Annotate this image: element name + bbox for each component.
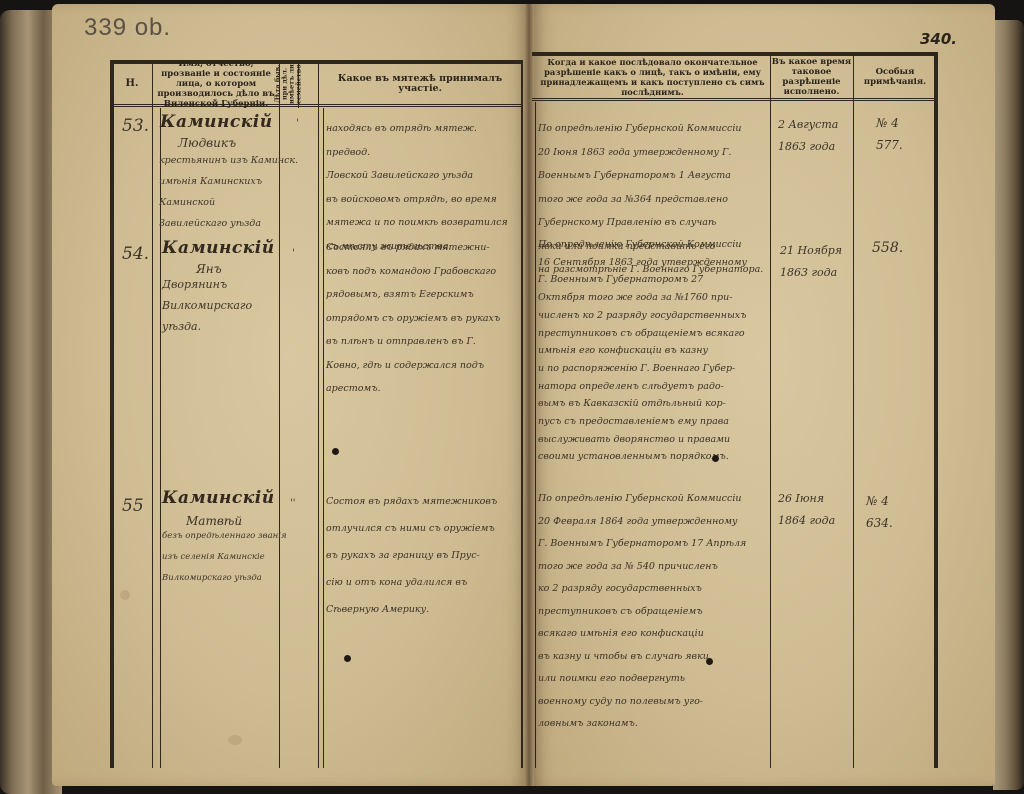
folio-number-right: 340. — [920, 30, 957, 48]
text-line: 20 Февраля 1864 года утвержденному — [538, 511, 770, 534]
text-line: Г. Военнымъ Губернаторомъ 27 — [538, 271, 770, 289]
header-age: Лѣта быв. при дѣл. имѣетъ ли семейство — [280, 64, 297, 104]
text-line: 2 Августа — [778, 114, 838, 136]
person-surname: Каминскій — [162, 238, 275, 258]
text-line: преступниковъ съ обращеніемъ всякаго — [538, 325, 770, 343]
status-line: Каминской — [159, 192, 298, 213]
text-line: По опредѣленію Губернской Коммиссіи — [538, 488, 770, 511]
text-line: того же года за № 540 причисленъ — [538, 556, 770, 579]
executed-date: 26 Іюня 1864 года — [778, 488, 835, 532]
text-line: 1863 года — [780, 262, 842, 284]
text-line: мятежа и по поимкѣ возвратился — [326, 211, 522, 235]
text-line: всякаго имѣнія его конфискаціи — [538, 623, 770, 646]
age-mark: '' — [290, 498, 296, 509]
binding-hole — [344, 655, 351, 662]
status-line: имѣнія Каминскихъ — [159, 171, 298, 192]
status-line: Вилкомирскаго — [162, 295, 252, 316]
text-line: отлучился съ ними съ оружіемъ — [326, 515, 522, 542]
text-line: натора определенъ слѣдуетъ радо- — [538, 378, 770, 396]
text-line: въ плѣнъ и отправленъ въ Г. — [326, 330, 522, 354]
executed-date: 2 Августа 1863 года — [778, 114, 838, 158]
column-divider — [535, 102, 536, 768]
person-surname: Каминскій — [162, 488, 275, 508]
person-status: безъ опредѣленнаго званія изъ селенія Ка… — [162, 526, 287, 589]
text-line: 20 Іюня 1863 года утвержденному Г. — [538, 141, 770, 165]
column-divider — [152, 62, 153, 768]
text-line: того же года за №364 представлено — [538, 188, 770, 212]
text-line: № 4 — [866, 490, 893, 512]
header-number: Н. — [114, 64, 150, 104]
column-divider — [770, 54, 771, 768]
remarks: № 4 577. — [876, 112, 903, 156]
text-line: въ казну и чтобы въ случаѣ явки — [538, 646, 770, 669]
text-line: 577. — [876, 134, 903, 156]
text-line: или поимки его подвергнуть — [538, 668, 770, 691]
executed-date: 21 Ноября 1863 года — [780, 240, 842, 284]
remarks: 558. — [872, 240, 903, 256]
binding-hole — [332, 448, 339, 455]
text-line: ловнымъ законамъ. — [538, 713, 770, 736]
text-line: ковъ подъ командою Грабовскаго — [326, 260, 522, 284]
resolution-text: По опредѣленію Губернской Коммиссіи 20 Ф… — [538, 488, 770, 736]
participation-text: Состоя въ рядахъ мятежниковъ отлучился с… — [326, 488, 522, 623]
text-line: имѣнія его конфискаціи въ казну — [538, 342, 770, 360]
person-given-name: Людвикъ — [178, 136, 236, 150]
text-line: военному суду по полевымъ уго- — [538, 691, 770, 714]
remarks: № 4 634. — [866, 490, 893, 534]
text-line: численъ ко 2 разряду государственныхъ — [538, 307, 770, 325]
text-line: Состоялъ въ рядахъ мятежни- — [326, 236, 522, 260]
column-divider — [853, 54, 854, 768]
status-line: Вилкомирскаго уѣзда — [162, 568, 287, 589]
text-line: Военнымъ Губернаторомъ 1 Августа — [538, 164, 770, 188]
header-remarks: Особыя примѣчанія. — [855, 56, 935, 98]
age-mark: ' — [292, 248, 295, 259]
column-divider — [318, 62, 319, 768]
text-line: въ рукахъ за границу въ Прус- — [326, 542, 522, 569]
column-divider — [323, 108, 324, 768]
text-line: 1864 года — [778, 510, 835, 532]
text-line: Ловской Завилейскаго уѣзда — [326, 164, 522, 188]
status-line: крестьянинъ изъ Каминск. — [159, 150, 298, 171]
text-line: своими установленнымъ порядкомъ. — [538, 448, 770, 466]
book-spread: 339 ob. 340. Н. Имя, отчество, прозваніе… — [0, 0, 1024, 794]
text-line: рядовымъ, взятъ Егерскимъ — [326, 283, 522, 307]
text-line: Сѣверную Америку. — [326, 596, 522, 623]
text-line: Ковно, гдѣ и содержался подъ — [326, 354, 522, 378]
header-bottom-rule — [532, 98, 936, 101]
text-line: 558. — [872, 240, 903, 256]
text-line: вымъ въ Кавказскій отдѣльный кор- — [538, 395, 770, 413]
age-mark: ' — [296, 118, 299, 129]
text-line: находясь въ отрядѣ мятеж. предвод. — [326, 117, 522, 164]
binding-hole — [706, 658, 713, 665]
row-number: 53. — [122, 116, 149, 136]
person-surname: Каминскій — [160, 112, 273, 132]
row-number: 54. — [122, 244, 149, 264]
header-resolution: Когда и какое послѣдовало окончательное … — [536, 56, 769, 98]
text-line: ко 2 разряду государственныхъ — [538, 578, 770, 601]
person-status: крестьянинъ изъ Каминск. имѣнія Камински… — [159, 150, 298, 234]
text-line: арестомъ. — [326, 377, 522, 401]
text-line: Состоя въ рядахъ мятежниковъ — [326, 488, 522, 515]
right-page-block-edge — [993, 20, 1024, 790]
status-line: изъ селенія Каминскіе — [162, 547, 287, 568]
text-line: 21 Ноября — [780, 240, 842, 262]
status-line: Завилейскаго уѣзда — [159, 213, 298, 234]
status-line: уѣзда. — [162, 316, 252, 337]
folio-number-left: 339 ob. — [84, 14, 171, 42]
text-line: преступниковъ съ обращеніемъ — [538, 601, 770, 624]
header-participation: Какое въ мятежѣ принималъ участіе. — [320, 64, 520, 104]
text-line: отрядомъ съ оружіемъ въ рукахъ — [326, 307, 522, 331]
text-line: 634. — [866, 512, 893, 534]
participation-text: Состоялъ въ рядахъ мятежни- ковъ подъ ко… — [326, 236, 522, 401]
resolution-text: По опредѣленію Губернской Коммиссіи 16 С… — [538, 236, 770, 466]
text-line: Октября того же года за №1760 при- — [538, 289, 770, 307]
text-line: сію и отъ кона удалился въ — [326, 569, 522, 596]
text-line: 16 Сентября 1863 года утвержденному — [538, 254, 770, 272]
text-line: По опредѣленію Губернской Коммиссіи — [538, 117, 770, 141]
text-line: въ войсковомъ отрядѣ, во время — [326, 188, 522, 212]
text-line: пусъ съ предоставленіемъ ему права — [538, 413, 770, 431]
row-number: 55 — [122, 496, 144, 516]
header-person: Имя, отчество, прозваніе и состояніе лиц… — [154, 64, 278, 104]
person-status: Дворянинъ Вилкомирскаго уѣзда. — [162, 274, 252, 337]
status-line: безъ опредѣленнаго званія — [162, 526, 287, 547]
text-line: По опредѣленію Губернской Коммиссіи — [538, 236, 770, 254]
text-line: 26 Іюня — [778, 488, 835, 510]
text-line: 1863 года — [778, 136, 838, 158]
binding-hole — [712, 455, 719, 462]
text-line: № 4 — [876, 112, 903, 134]
text-line: и по распоряженію Г. Военнаго Губер- — [538, 360, 770, 378]
text-line: Г. Военнымъ Губернаторомъ 17 Апрѣля — [538, 533, 770, 556]
header-executed-when: Въ какое время таковое разрѣшеніе исполн… — [771, 56, 852, 98]
text-line: Губернскому Правленію въ случаѣ — [538, 211, 770, 235]
text-line: выслуживать дворянство и правами — [538, 431, 770, 449]
status-line: Дворянинъ — [162, 274, 252, 295]
